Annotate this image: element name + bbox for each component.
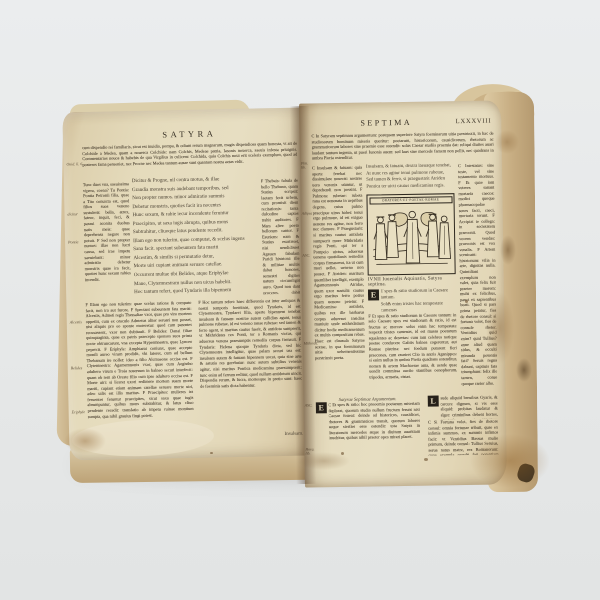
bottom-left-column: Satyrae Septimae Argumentum. E C Et spes… xyxy=(316,396,421,460)
left-page: Ouid. li. 6. dicitur Pontia Alcestis Bel… xyxy=(62,108,309,461)
bottom-right-column: L aude aliquid breuibus Gyaris, & carcer… xyxy=(428,395,499,458)
commentary-block: Tunc duos vna, saeuissima vipera, coena?… xyxy=(83,181,131,298)
commentary-block: C In Satyram septimam argumentum: postqu… xyxy=(311,131,493,162)
decorated-initial: E xyxy=(368,289,379,300)
photo-antique-book: Ouid. li. 6. dicitur Pontia Alcestis Bel… xyxy=(0,0,600,600)
woodcut-illustration: ORATORES·ET·POETAE·ROMAE xyxy=(366,193,455,275)
center-column: Insulsam, & fatuam, dextra laeuaque tene… xyxy=(366,163,458,401)
commentary-block: C Et spes & ratio: hoc prooemio poetarum… xyxy=(328,401,420,454)
decorated-initial: E xyxy=(316,402,327,413)
folio-number: LXXXVIII xyxy=(456,118,492,126)
satire-opening: E T spes & ratio studiorum in Caesare ta… xyxy=(368,288,456,312)
poem-verse-block: Insulsam, & fatuam, dextra laeuaque tene… xyxy=(366,163,454,192)
margin-note: Mithrida. xyxy=(304,341,315,346)
margin-note: ASC. xyxy=(305,403,316,408)
commentary-block: C Insulsam & fatuam: quia aperte ferebat… xyxy=(312,165,366,394)
satire-caption: IVNII Iuuenalis Aquinatis, Satyra septim… xyxy=(368,276,456,287)
running-head-left: SATYRA xyxy=(82,127,297,142)
margin-note: Hora. lib. xyxy=(305,447,316,456)
commentary-block: aude aliquid breuibus Gyaris, & carcere … xyxy=(440,395,498,420)
opening-verse: T spes & ratio studiorum in Caesare tant… xyxy=(380,288,456,312)
margin-note: Plin. lib. xyxy=(301,161,312,170)
margin-note: ASC. xyxy=(302,253,313,258)
commentary-block: F Et spes & ratio studiorum in Caesare t… xyxy=(368,312,457,401)
commentary-block: C Intestatus: sine teste, vel sine testa… xyxy=(458,163,498,392)
running-head-right: SEPTIMA xyxy=(311,117,461,128)
commentary-block: F Thebais: fabula de bello Thebano, quam… xyxy=(261,178,300,295)
decorated-initial: L xyxy=(428,395,439,406)
commentary-block: F Illam ego non tulerim: quae scelus rat… xyxy=(85,300,194,450)
commentary-block: F Hoc tantum refert: haec differentia es… xyxy=(198,298,303,432)
right-page: Plin. lib. Adipsa ASC. Mithrida. ASC. Ho… xyxy=(299,100,507,487)
commentary-block: cum dispendio rei familiaris, sicut est … xyxy=(82,141,298,178)
catchword: Insulsam. xyxy=(201,432,303,439)
woodcut-scene xyxy=(369,204,453,267)
poem-verse-block: Dicitur & Progne, nil contra motus, & il… xyxy=(132,174,261,298)
woodcut-banner: ORATORES·ET·POETAE·ROMAE xyxy=(369,196,452,205)
commentary-block: C Si Fortuna volet, fies de rhetore cons… xyxy=(428,419,499,456)
margin-note: Adipsa xyxy=(302,211,313,216)
